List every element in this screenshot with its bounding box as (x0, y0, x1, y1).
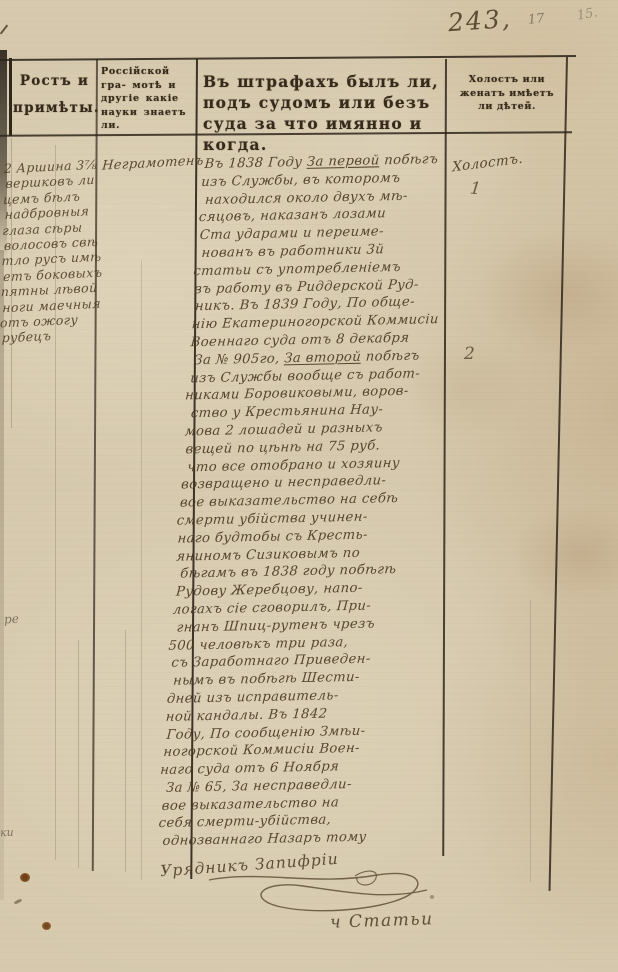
children-mark-1: 1 (469, 178, 482, 199)
page-number-pencil-1: 17 (527, 11, 545, 28)
article-note: ч Статьи (330, 909, 434, 933)
pencil-guide-line (78, 640, 79, 868)
cell-literacy: Неграмотенъ (102, 153, 205, 173)
table-border-right (549, 57, 568, 891)
ink-stain (14, 898, 23, 904)
page-number-pencil-2: 15. (576, 5, 599, 23)
table-border-top (0, 55, 576, 61)
table-border-left (9, 58, 12, 136)
cell-penalties: Въ 1838 Году За первой побѣгъизъ Службы,… (157, 151, 450, 851)
header-cell-literacy: Россійской гра- мотѣ и другіе какіе наук… (101, 65, 193, 133)
cell-marital-status: Холостъ. (452, 151, 523, 176)
pencil-guide-line (141, 260, 142, 880)
header-cell-marital: Холостъ или женатъ имѣетъ ли дѣтей. (452, 73, 562, 114)
pencil-guide-line (530, 600, 531, 882)
handwriting-line: рубецъ (1, 326, 101, 346)
binding-gutter-shadow-lower (0, 250, 4, 900)
cell-height-marks: 2 Аршина 3⅞вершковъ лицемъ бѣлънадбровны… (0, 156, 105, 346)
margin-note-1: ре (4, 612, 20, 627)
stray-pen-mark (0, 25, 8, 35)
page-number-ink: 243, (447, 4, 513, 37)
register-page: 243, 17 15. Ростъ и примѣты. Россійской … (0, 0, 618, 972)
margin-note-2: ки (0, 826, 14, 840)
pencil-guide-line (125, 630, 126, 872)
ink-stain (20, 873, 30, 882)
ink-stain (42, 922, 51, 930)
handwriting-line: однозваннаго Назаръ тому (162, 828, 405, 851)
ink-stain (430, 895, 434, 899)
header-cell-penalties: Въ штрафахъ былъ ли, подъ судомъ или без… (203, 71, 445, 155)
header-cell-height-marks: Ростъ и примѣты. (13, 68, 96, 122)
children-mark-2: 2 (464, 344, 475, 364)
